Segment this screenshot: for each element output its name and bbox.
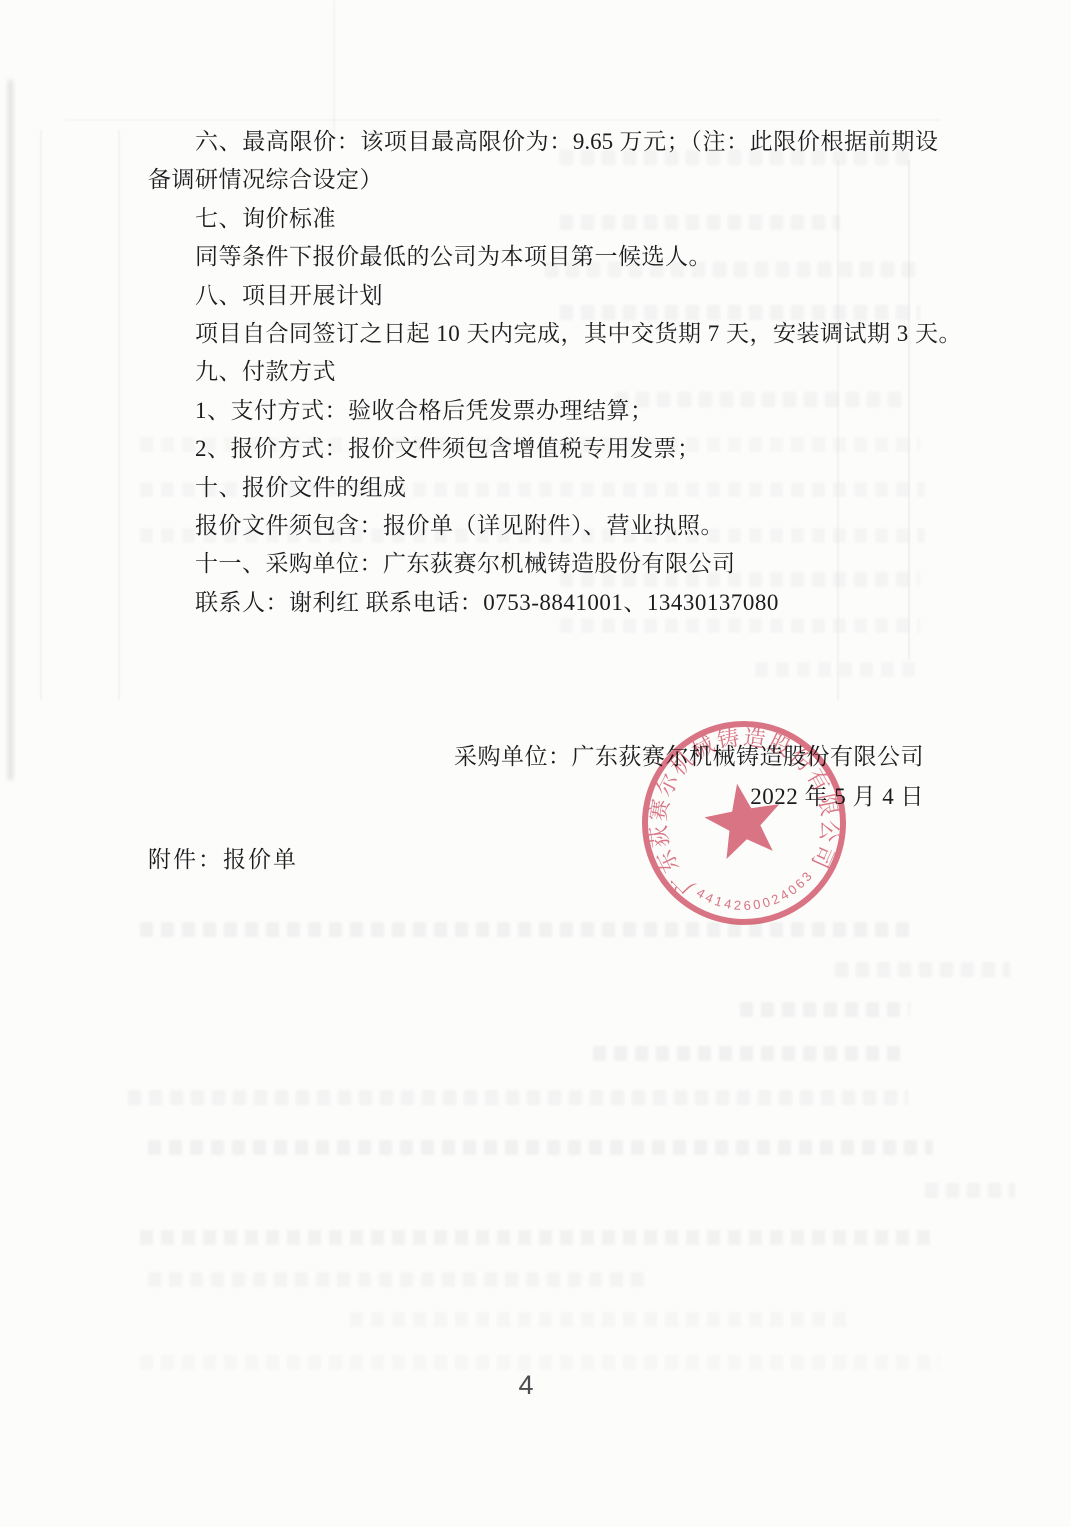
ghost-grid-vline [40,130,42,700]
body-line: 联系人：谢利红 联系电话：0753-8841001、13430137080 [148,584,938,622]
body-line: 项目自合同签订之日起 10 天内完成，其中交货期 7 天，安装调试期 3 天。 [148,315,938,353]
seal-star-icon [700,777,787,861]
ghost-text-line [350,1312,850,1327]
body-line: 六、最高限价：该项目最高限价为：9.65 万元；（注：此限价根据前期设 [148,123,938,161]
body-line: 七、询价标准 [148,200,938,238]
body-line: 报价文件须包含：报价单（详见附件）、营业执照。 [148,507,938,545]
ghost-text-line [925,1183,1015,1198]
body-line: 十、报价文件的组成 [148,469,938,507]
ghost-text-line [755,662,915,677]
body-line: 2、报价方式：报价文件须包含增值税专用发票； [148,430,938,468]
ghost-text-line [140,1355,940,1370]
attachment-note: 附件：报价单 [148,845,298,875]
ghost-text-line [128,1090,908,1105]
ghost-grid-vline [118,130,120,700]
ghost-grid-hline [65,119,940,121]
ghost-text-line [835,962,1010,977]
ghost-text-line [740,1002,910,1017]
ghost-text-line [140,1230,930,1245]
page-number: 4 [486,1370,566,1401]
body-line: 十一、采购单位：广东荻赛尔机械铸造股份有限公司 [148,545,938,583]
ghost-text-line [148,1272,648,1287]
ghost-text-line [593,1046,908,1061]
body-line: 八、项目开展计划 [148,277,938,315]
ghost-text-line [148,1140,933,1155]
document-body: 六、最高限价：该项目最高限价为：9.65 万元；（注：此限价根据前期设 备调研情… [148,123,938,622]
scan-edge-smudge [8,80,13,780]
body-line: 备调研情况综合设定） [148,161,938,199]
company-seal-stamp: 广东荻赛尔机械铸造股份有限公司 4414260024063 [639,718,849,928]
body-line: 九、付款方式 [148,353,938,391]
scanned-document-page: 六、最高限价：该项目最高限价为：9.65 万元；（注：此限价根据前期设 备调研情… [0,0,1071,1527]
company-seal-svg: 广东荻赛尔机械铸造股份有限公司 4414260024063 [639,718,849,928]
body-line: 1、支付方式：验收合格后凭发票办理结算； [148,392,938,430]
body-line: 同等条件下报价最低的公司为本项目第一候选人。 [148,238,938,276]
